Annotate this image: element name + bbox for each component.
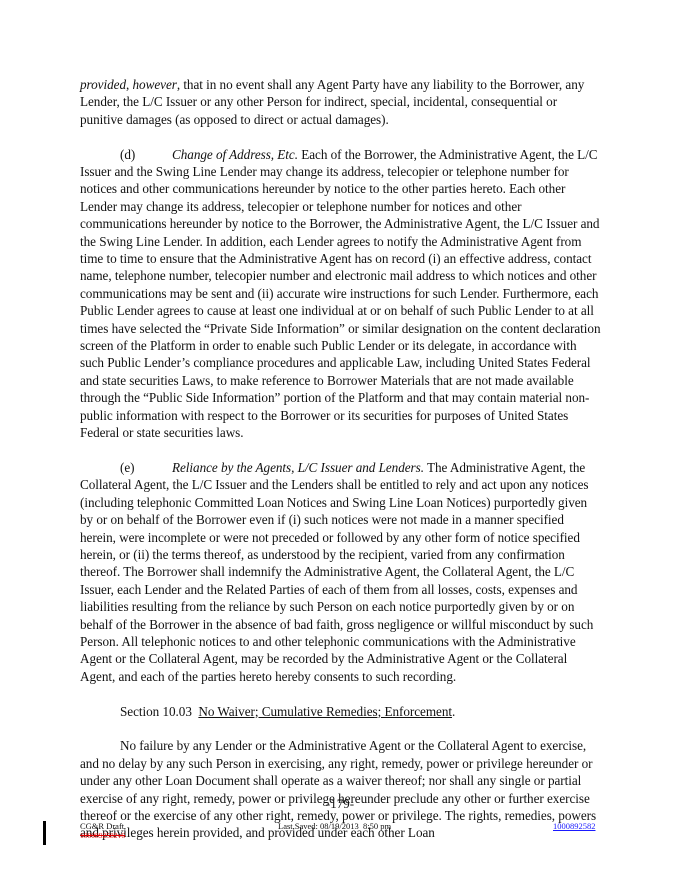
section-title: No Waiver; Cumulative Remedies; Enforcem… bbox=[198, 704, 452, 719]
doc-id-link[interactable]: 1000892582 bbox=[553, 821, 596, 831]
page-footer: CG&R Draft 1000892582v6 Last Saved: 08/1… bbox=[0, 821, 680, 851]
paragraph-d: (d)Change of Address, Etc. Each of the B… bbox=[80, 146, 602, 442]
paragraph-d-label: (d) bbox=[120, 146, 172, 163]
deleted-doc-id: 1000892582v6 bbox=[80, 831, 125, 841]
paragraph-d-title: Change of Address, Etc. bbox=[172, 147, 298, 162]
paragraph-e-title: Reliance by the Agents, L/C Issuer and L… bbox=[172, 460, 424, 475]
section-heading: Section 10.03 No Waiver; Cumulative Reme… bbox=[80, 703, 602, 720]
however-italic: however bbox=[133, 77, 177, 92]
change-bar-marker bbox=[43, 821, 46, 845]
footer-left: CG&R Draft 1000892582v6 bbox=[80, 821, 125, 841]
paragraph-e-label: (e) bbox=[120, 459, 172, 476]
section-number: Section 10.03 bbox=[120, 704, 198, 719]
section-title-period: . bbox=[452, 704, 455, 719]
page-number: -179- bbox=[0, 796, 680, 812]
provided-italic: provided bbox=[80, 77, 126, 92]
opening-paragraph: provided, however, that in no event shal… bbox=[80, 76, 602, 128]
last-saved: Last Saved: 08/19/2013 8:50 pm bbox=[278, 821, 391, 831]
paragraph-d-text: Each of the Borrower, the Administrative… bbox=[80, 147, 601, 441]
document-body: provided, however, that in no event shal… bbox=[80, 76, 602, 859]
paragraph-e: (e)Reliance by the Agents, L/C Issuer an… bbox=[80, 459, 602, 685]
paragraph-e-text: The Administrative Agent, the Collateral… bbox=[80, 460, 593, 684]
draft-label: CG&R Draft bbox=[80, 821, 125, 831]
